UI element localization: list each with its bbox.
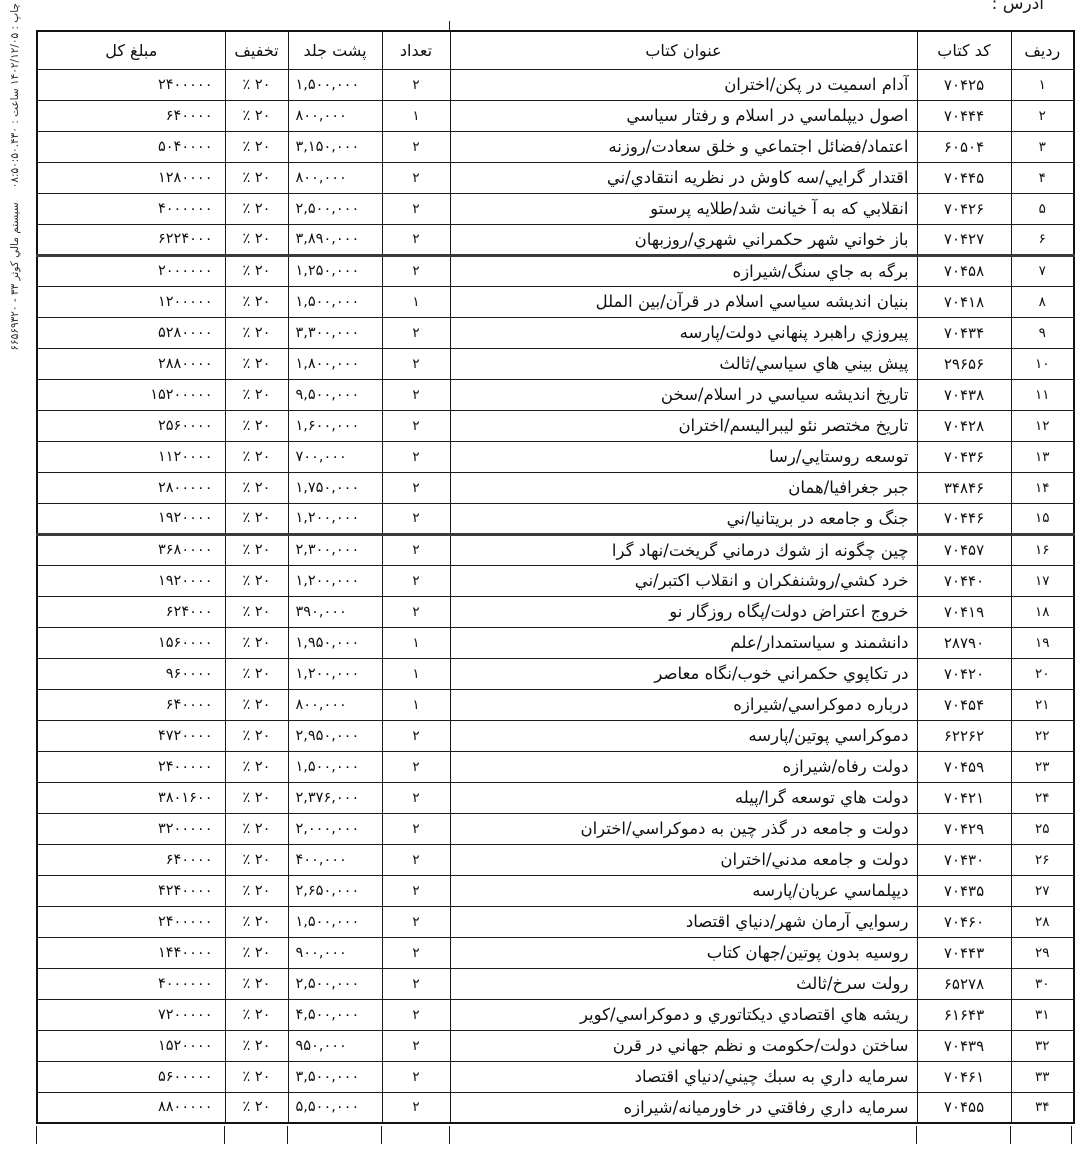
cover-price-cell: ۳۹۰,۰۰۰: [288, 596, 382, 627]
cover-price-cell: ۲,۶۵۰,۰۰۰: [288, 875, 382, 906]
book-code-cell: ۶۰۵۰۴: [917, 131, 1011, 162]
quantity-cell: ۲: [382, 906, 450, 937]
cover-price-cell: ۲,۳۰۰,۰۰۰: [288, 534, 382, 565]
book-title-cell: دانشمند و سياستمدار/علم: [450, 627, 917, 658]
table-row: ۲۷ ۷۰۴۳۵ ديپلماسي عريان/پارسه ۲ ۲,۶۵۰,۰۰…: [37, 875, 1074, 906]
book-code-cell: ۷۰۴۵۹: [917, 751, 1011, 782]
table-row: ۳۱ ۶۱۶۴۳ ريشه هاي اقتصادي ديكتاتوري و دم…: [37, 999, 1074, 1030]
table-row: ۶ ۷۰۴۲۷ باز خواني شهر حكمراني شهري/روزبه…: [37, 224, 1074, 255]
book-title-cell: تاريخ مختصر نئو ليبراليسم/اختران: [450, 410, 917, 441]
row-number-cell: ۳۳: [1011, 1061, 1074, 1092]
quantity-cell: ۲: [382, 782, 450, 813]
table-column-stub: [916, 1126, 917, 1144]
quantity-cell: ۲: [382, 937, 450, 968]
book-title-cell: رولت سرخ/ثالث: [450, 968, 917, 999]
discount-cell: ٪ ۲۰: [225, 286, 288, 317]
discount-cell: ٪ ۲۰: [225, 503, 288, 534]
quantity-cell: ۲: [382, 968, 450, 999]
total-amount-cell: ۲۸۸۰۰۰۰: [37, 348, 225, 379]
book-code-cell: ۲۹۶۵۶: [917, 348, 1011, 379]
quantity-cell: ۲: [382, 1092, 450, 1123]
quantity-cell: ۲: [382, 844, 450, 875]
cover-price-cell: ۱,۵۰۰,۰۰۰: [288, 906, 382, 937]
row-number-cell: ۲: [1011, 100, 1074, 131]
book-code-cell: ۷۰۴۳۰: [917, 844, 1011, 875]
print-datetime: چاپ : ۱۴۰۲/۱۲/۰۵ ساعت : ۰۸:۵۰:۵۰.۴۳۰: [9, 3, 25, 188]
book-title-cell: پيروزي راهبرد پنهاني دولت/پارسه: [450, 317, 917, 348]
total-amount-cell: ۶۲۴۰۰۰: [37, 596, 225, 627]
discount-cell: ٪ ۲۰: [225, 379, 288, 410]
quantity-cell: ۲: [382, 317, 450, 348]
discount-cell: ٪ ۲۰: [225, 441, 288, 472]
book-title-cell: برگه به جاي سنگ/شيرازه: [450, 255, 917, 286]
book-title-cell: دولت و جامعه مدني/اختران: [450, 844, 917, 875]
cover-price-cell: ۱,۸۰۰,۰۰۰: [288, 348, 382, 379]
row-number-cell: ۱۴: [1011, 472, 1074, 503]
book-title-cell: دولت هاي توسعه گرا/پيله: [450, 782, 917, 813]
row-number-cell: ۲۷: [1011, 875, 1074, 906]
row-number-cell: ۲۰: [1011, 658, 1074, 689]
cover-price-cell: ۱,۷۵۰,۰۰۰: [288, 472, 382, 503]
discount-cell: ٪ ۲۰: [225, 534, 288, 565]
discount-cell: ٪ ۲۰: [225, 844, 288, 875]
row-number-cell: ۳۱: [1011, 999, 1074, 1030]
cover-price-cell: ۲,۵۰۰,۰۰۰: [288, 193, 382, 224]
cover-price-cell: ۷۰۰,۰۰۰: [288, 441, 382, 472]
discount-cell: ٪ ۲۰: [225, 999, 288, 1030]
quantity-cell: ۱: [382, 658, 450, 689]
discount-cell: ٪ ۲۰: [225, 751, 288, 782]
total-amount-cell: ۱۹۲۰۰۰۰: [37, 503, 225, 534]
row-number-cell: ۱۳: [1011, 441, 1074, 472]
discount-cell: ٪ ۲۰: [225, 627, 288, 658]
table-row: ۱۳ ۷۰۴۳۶ توسعه روستايي/رسا ۲ ۷۰۰,۰۰۰ ٪ ۲…: [37, 441, 1074, 472]
total-amount-cell: ۶۴۰۰۰۰: [37, 844, 225, 875]
col-header-book-code: كد كتاب: [917, 31, 1011, 69]
book-title-cell: سرمايه داري به سبك چيني/دنياي اقتصاد: [450, 1061, 917, 1092]
book-code-cell: ۷۰۴۱۸: [917, 286, 1011, 317]
table-row: ۱۶ ۷۰۴۵۷ چين چگونه از شوك درماني گريخت/ن…: [37, 534, 1074, 565]
total-amount-cell: ۱۴۴۰۰۰۰: [37, 937, 225, 968]
quantity-cell: ۲: [382, 193, 450, 224]
cover-price-cell: ۱,۵۰۰,۰۰۰: [288, 69, 382, 100]
row-number-cell: ۲۳: [1011, 751, 1074, 782]
quantity-cell: ۲: [382, 441, 450, 472]
book-code-cell: ۷۰۴۵۷: [917, 534, 1011, 565]
discount-cell: ٪ ۲۰: [225, 782, 288, 813]
discount-cell: ٪ ۲۰: [225, 131, 288, 162]
discount-cell: ٪ ۲۰: [225, 813, 288, 844]
cover-price-cell: ۸۰۰,۰۰۰: [288, 162, 382, 193]
cover-price-cell: ۱,۹۵۰,۰۰۰: [288, 627, 382, 658]
book-code-cell: ۷۰۴۱۹: [917, 596, 1011, 627]
book-title-cell: انقلابي كه به آ خيانت شد/طلايه پرستو: [450, 193, 917, 224]
total-amount-cell: ۱۲۸۰۰۰۰: [37, 162, 225, 193]
book-code-cell: ۷۰۴۵۵: [917, 1092, 1011, 1123]
table-row: ۸ ۷۰۴۱۸ بنيان انديشه سياسي اسلام در قرآن…: [37, 286, 1074, 317]
table-row: ۱۸ ۷۰۴۱۹ خروج اعتراض دولت/پگاه روزگار نو…: [37, 596, 1074, 627]
book-code-cell: ۷۰۴۳۶: [917, 441, 1011, 472]
discount-cell: ٪ ۲۰: [225, 100, 288, 131]
discount-cell: ٪ ۲۰: [225, 317, 288, 348]
total-amount-cell: ۱۲۰۰۰۰۰: [37, 286, 225, 317]
book-title-cell: ريشه هاي اقتصادي ديكتاتوري و دموكراسي/كو…: [450, 999, 917, 1030]
quantity-cell: ۱: [382, 689, 450, 720]
discount-cell: ٪ ۲۰: [225, 937, 288, 968]
book-title-cell: اصول ديپلماسي در اسلام و رفتار سياسي: [450, 100, 917, 131]
discount-cell: ٪ ۲۰: [225, 162, 288, 193]
total-amount-cell: ۲۰۰۰۰۰۰: [37, 255, 225, 286]
book-title-cell: درباره دموكراسي/شيرازه: [450, 689, 917, 720]
book-title-cell: دولت و جامعه در گذر چين به دموكراسي/اختر…: [450, 813, 917, 844]
discount-cell: ٪ ۲۰: [225, 348, 288, 379]
row-number-cell: ۲۹: [1011, 937, 1074, 968]
book-title-cell: دموكراسي پوتين/پارسه: [450, 720, 917, 751]
quantity-cell: ۲: [382, 565, 450, 596]
row-number-cell: ۲۵: [1011, 813, 1074, 844]
discount-cell: ٪ ۲۰: [225, 875, 288, 906]
table-row: ۳۳ ۷۰۴۶۱ سرمايه داري به سبك چيني/دنياي ا…: [37, 1061, 1074, 1092]
row-number-cell: ۳۴: [1011, 1092, 1074, 1123]
table-row: ۳۰ ۶۵۲۷۸ رولت سرخ/ثالث ۲ ۲,۵۰۰,۰۰۰ ٪ ۲۰ …: [37, 968, 1074, 999]
row-number-cell: ۲۶: [1011, 844, 1074, 875]
cover-price-cell: ۱,۶۰۰,۰۰۰: [288, 410, 382, 441]
row-number-cell: ۲۱: [1011, 689, 1074, 720]
discount-cell: ٪ ۲۰: [225, 472, 288, 503]
row-number-cell: ۵: [1011, 193, 1074, 224]
table-column-stub: [1010, 1126, 1011, 1144]
table-column-stub: [224, 1126, 225, 1144]
total-amount-cell: ۳۸۰۱۶۰۰: [37, 782, 225, 813]
quantity-cell: ۱: [382, 627, 450, 658]
quantity-cell: ۲: [382, 410, 450, 441]
table-row: ۱ ۷۰۴۲۵ آدام اسميت در پكن/اختران ۲ ۱,۵۰۰…: [37, 69, 1074, 100]
table-row: ۹ ۷۰۴۳۴ پيروزي راهبرد پنهاني دولت/پارسه …: [37, 317, 1074, 348]
side-print-info: چاپ : ۱۴۰۲/۱۲/۰۵ ساعت : ۰۸:۵۰:۵۰.۴۳۰ سيس…: [9, 3, 25, 337]
cover-price-cell: ۸۰۰,۰۰۰: [288, 689, 382, 720]
book-code-cell: ۶۲۲۶۲: [917, 720, 1011, 751]
total-amount-cell: ۳۶۸۰۰۰۰: [37, 534, 225, 565]
quantity-cell: ۲: [382, 596, 450, 627]
quantity-cell: ۱: [382, 286, 450, 317]
row-number-cell: ۴: [1011, 162, 1074, 193]
table-row: ۲۹ ۷۰۴۴۳ روسيه بدون پوتين/جهان كتاب ۲ ۹۰…: [37, 937, 1074, 968]
row-number-cell: ۹: [1011, 317, 1074, 348]
total-amount-cell: ۶۲۲۴۰۰۰: [37, 224, 225, 255]
cover-price-cell: ۹,۵۰۰,۰۰۰: [288, 379, 382, 410]
col-header-quantity: تعداد: [382, 31, 450, 69]
discount-cell: ٪ ۲۰: [225, 255, 288, 286]
book-title-cell: اعتماد/فضائل اجتماعي و خلق سعادت/روزنه: [450, 131, 917, 162]
table-row: ۲۰ ۷۰۴۲۰ در تكاپوي حكمراني خوب/نگاه معاص…: [37, 658, 1074, 689]
total-amount-cell: ۱۵۲۰۰۰۰: [37, 1030, 225, 1061]
table-row: ۱۱ ۷۰۴۳۸ تاريخ انديشه سياسي در اسلام/سخن…: [37, 379, 1074, 410]
discount-cell: ٪ ۲۰: [225, 565, 288, 596]
total-amount-cell: ۶۴۰۰۰۰: [37, 100, 225, 131]
books-table: رديف كد كتاب عنوان كتاب تعداد پشت جلد تخ…: [36, 30, 1075, 1124]
table-row: ۲ ۷۰۴۴۴ اصول ديپلماسي در اسلام و رفتار س…: [37, 100, 1074, 131]
cover-price-cell: ۲,۵۰۰,۰۰۰: [288, 968, 382, 999]
table-row: ۱۹ ۲۸۷۹۰ دانشمند و سياستمدار/علم ۱ ۱,۹۵۰…: [37, 627, 1074, 658]
total-amount-cell: ۲۴۰۰۰۰۰: [37, 751, 225, 782]
total-amount-cell: ۱۵۶۰۰۰۰: [37, 627, 225, 658]
table-row: ۱۵ ۷۰۴۴۶ جنگ و جامعه در بريتانيا/ني ۲ ۱,…: [37, 503, 1074, 534]
cover-price-cell: ۱,۲۰۰,۰۰۰: [288, 503, 382, 534]
col-header-total-amount: مبلغ كل: [37, 31, 225, 69]
quantity-cell: ۲: [382, 751, 450, 782]
table-column-stub: [449, 1126, 450, 1144]
quantity-cell: ۲: [382, 472, 450, 503]
cover-price-cell: ۸۰۰,۰۰۰: [288, 100, 382, 131]
row-number-cell: ۲۸: [1011, 906, 1074, 937]
total-amount-cell: ۴۲۴۰۰۰۰: [37, 875, 225, 906]
table-row: ۵ ۷۰۴۲۶ انقلابي كه به آ خيانت شد/طلايه پ…: [37, 193, 1074, 224]
table-row: ۱۰ ۲۹۶۵۶ پيش بيني هاي سياسي/ثالث ۲ ۱,۸۰۰…: [37, 348, 1074, 379]
book-title-cell: توسعه روستايي/رسا: [450, 441, 917, 472]
quantity-cell: ۲: [382, 379, 450, 410]
discount-cell: ٪ ۲۰: [225, 968, 288, 999]
cover-price-cell: ۳,۳۰۰,۰۰۰: [288, 317, 382, 348]
book-code-cell: ۷۰۴۲۶: [917, 193, 1011, 224]
row-number-cell: ۳۰: [1011, 968, 1074, 999]
row-number-cell: ۱: [1011, 69, 1074, 100]
quantity-cell: ۲: [382, 69, 450, 100]
book-title-cell: سرمايه داري رفاقتي در خاورميانه/شيرازه: [450, 1092, 917, 1123]
cover-price-cell: ۹۰۰,۰۰۰: [288, 937, 382, 968]
book-title-cell: اقتدار گرايي/سه كاوش در نظريه انتقادي/ني: [450, 162, 917, 193]
book-title-cell: آدام اسميت در پكن/اختران: [450, 69, 917, 100]
table-column-stub: [1071, 1126, 1072, 1144]
cover-price-cell: ۱,۲۵۰,۰۰۰: [288, 255, 382, 286]
cover-price-cell: ۹۵۰,۰۰۰: [288, 1030, 382, 1061]
book-title-cell: ديپلماسي عريان/پارسه: [450, 875, 917, 906]
book-code-cell: ۷۰۴۵۴: [917, 689, 1011, 720]
quantity-cell: ۲: [382, 131, 450, 162]
table-row: ۱۴ ۳۴۸۴۶ جبر جغرافيا/همان ۲ ۱,۷۵۰,۰۰۰ ٪ …: [37, 472, 1074, 503]
total-amount-cell: ۱۱۲۰۰۰۰: [37, 441, 225, 472]
table-row: ۲۶ ۷۰۴۳۰ دولت و جامعه مدني/اختران ۲ ۴۰۰,…: [37, 844, 1074, 875]
total-amount-cell: ۴۰۰۰۰۰۰: [37, 193, 225, 224]
discount-cell: ٪ ۲۰: [225, 193, 288, 224]
table-row: ۱۷ ۷۰۴۴۰ خرد كشي/روشنفكران و انقلاب اكتب…: [37, 565, 1074, 596]
quantity-cell: ۱: [382, 100, 450, 131]
table-column-stub: [287, 1126, 288, 1144]
discount-cell: ٪ ۲۰: [225, 658, 288, 689]
quantity-cell: ۲: [382, 348, 450, 379]
row-number-cell: ۱۹: [1011, 627, 1074, 658]
table-row: ۴ ۷۰۴۴۵ اقتدار گرايي/سه كاوش در نظريه ان…: [37, 162, 1074, 193]
cover-price-cell: ۳,۱۵۰,۰۰۰: [288, 131, 382, 162]
table-row: ۲۵ ۷۰۴۲۹ دولت و جامعه در گذر چين به دموك…: [37, 813, 1074, 844]
table-row: ۳ ۶۰۵۰۴ اعتماد/فضائل اجتماعي و خلق سعادت…: [37, 131, 1074, 162]
discount-cell: ٪ ۲۰: [225, 1061, 288, 1092]
col-header-discount: تخفيف: [225, 31, 288, 69]
total-amount-cell: ۴۰۰۰۰۰۰: [37, 968, 225, 999]
quantity-cell: ۲: [382, 999, 450, 1030]
table-row: ۱۲ ۷۰۴۲۸ تاريخ مختصر نئو ليبراليسم/اخترا…: [37, 410, 1074, 441]
quantity-cell: ۲: [382, 162, 450, 193]
table-row: ۳۴ ۷۰۴۵۵ سرمايه داري رفاقتي در خاورميانه…: [37, 1092, 1074, 1123]
book-title-cell: خروج اعتراض دولت/پگاه روزگار نو: [450, 596, 917, 627]
book-code-cell: ۷۰۴۳۴: [917, 317, 1011, 348]
cover-price-cell: ۵,۵۰۰,۰۰۰: [288, 1092, 382, 1123]
cover-price-cell: ۲,۰۰۰,۰۰۰: [288, 813, 382, 844]
book-title-cell: روسيه بدون پوتين/جهان كتاب: [450, 937, 917, 968]
book-code-cell: ۷۰۴۳۵: [917, 875, 1011, 906]
discount-cell: ٪ ۲۰: [225, 906, 288, 937]
row-number-cell: ۱۶: [1011, 534, 1074, 565]
row-number-cell: ۳: [1011, 131, 1074, 162]
total-amount-cell: ۳۲۰۰۰۰۰: [37, 813, 225, 844]
book-code-cell: ۷۰۴۲۹: [917, 813, 1011, 844]
cover-price-cell: ۱,۲۰۰,۰۰۰: [288, 565, 382, 596]
cover-price-cell: ۲,۹۵۰,۰۰۰: [288, 720, 382, 751]
table-column-tick: [449, 21, 450, 30]
total-amount-cell: ۵۰۴۰۰۰۰: [37, 131, 225, 162]
quantity-cell: ۲: [382, 503, 450, 534]
total-amount-cell: ۲۴۰۰۰۰۰: [37, 69, 225, 100]
discount-cell: ٪ ۲۰: [225, 689, 288, 720]
row-number-cell: ۱۵: [1011, 503, 1074, 534]
total-amount-cell: ۴۷۲۰۰۰۰: [37, 720, 225, 751]
discount-cell: ٪ ۲۰: [225, 224, 288, 255]
book-code-cell: ۷۰۴۵۸: [917, 255, 1011, 286]
quantity-cell: ۲: [382, 224, 450, 255]
total-amount-cell: ۸۸۰۰۰۰۰: [37, 1092, 225, 1123]
quantity-cell: ۲: [382, 875, 450, 906]
book-code-cell: ۷۰۴۳۹: [917, 1030, 1011, 1061]
cover-price-cell: ۳,۸۹۰,۰۰۰: [288, 224, 382, 255]
cover-price-cell: ۲,۳۷۶,۰۰۰: [288, 782, 382, 813]
cover-price-cell: ۴۰۰,۰۰۰: [288, 844, 382, 875]
total-amount-cell: ۱۹۲۰۰۰۰: [37, 565, 225, 596]
row-number-cell: ۱۱: [1011, 379, 1074, 410]
book-title-cell: ساختن دولت/حكومت و نظم جهاني در قرن: [450, 1030, 917, 1061]
book-code-cell: ۷۰۴۴۵: [917, 162, 1011, 193]
row-number-cell: ۱۷: [1011, 565, 1074, 596]
col-header-row-number: رديف: [1011, 31, 1074, 69]
discount-cell: ٪ ۲۰: [225, 596, 288, 627]
book-code-cell: ۷۰۴۲۰: [917, 658, 1011, 689]
book-code-cell: ۶۱۶۴۳: [917, 999, 1011, 1030]
book-title-cell: پيش بيني هاي سياسي/ثالث: [450, 348, 917, 379]
book-title-cell: دولت رفاه/شيرازه: [450, 751, 917, 782]
book-title-cell: رسوايي آرمان شهر/دنياي اقتصاد: [450, 906, 917, 937]
table-row: ۳۲ ۷۰۴۳۹ ساختن دولت/حكومت و نظم جهاني در…: [37, 1030, 1074, 1061]
table-body: ۱ ۷۰۴۲۵ آدام اسميت در پكن/اختران ۲ ۱,۵۰۰…: [37, 69, 1074, 1123]
book-code-cell: ۷۰۴۲۵: [917, 69, 1011, 100]
book-code-cell: ۷۰۴۲۱: [917, 782, 1011, 813]
total-amount-cell: ۹۶۰۰۰۰: [37, 658, 225, 689]
quantity-cell: ۲: [382, 534, 450, 565]
row-number-cell: ۲۴: [1011, 782, 1074, 813]
row-number-cell: ۲۲: [1011, 720, 1074, 751]
row-number-cell: ۸: [1011, 286, 1074, 317]
table-row: ۲۴ ۷۰۴۲۱ دولت هاي توسعه گرا/پيله ۲ ۲,۳۷۶…: [37, 782, 1074, 813]
book-code-cell: ۷۰۴۴۴: [917, 100, 1011, 131]
cover-price-cell: ۱,۲۰۰,۰۰۰: [288, 658, 382, 689]
book-code-cell: ۶۵۲۷۸: [917, 968, 1011, 999]
book-code-cell: ۷۰۴۴۶: [917, 503, 1011, 534]
col-header-book-title: عنوان كتاب: [450, 31, 917, 69]
quantity-cell: ۲: [382, 255, 450, 286]
total-amount-cell: ۷۲۰۰۰۰۰: [37, 999, 225, 1030]
row-number-cell: ۱۸: [1011, 596, 1074, 627]
row-number-cell: ۶: [1011, 224, 1074, 255]
book-code-cell: ۳۴۸۴۶: [917, 472, 1011, 503]
quantity-cell: ۲: [382, 720, 450, 751]
total-amount-cell: ۵۶۰۰۰۰۰: [37, 1061, 225, 1092]
table-column-stub: [36, 1126, 37, 1144]
book-code-cell: ۷۰۴۴۰: [917, 565, 1011, 596]
print-system-name: سيستم مالي كوثر ۳۳ - ۶۶۵۶۹۳۲۰: [9, 202, 25, 350]
table-header-row: رديف كد كتاب عنوان كتاب تعداد پشت جلد تخ…: [37, 31, 1074, 69]
book-title-cell: باز خواني شهر حكمراني شهري/روزبهان: [450, 224, 917, 255]
discount-cell: ٪ ۲۰: [225, 720, 288, 751]
book-code-cell: ۷۰۴۲۸: [917, 410, 1011, 441]
discount-cell: ٪ ۲۰: [225, 1030, 288, 1061]
total-amount-cell: ۵۲۸۰۰۰۰: [37, 317, 225, 348]
table-row: ۲۲ ۶۲۲۶۲ دموكراسي پوتين/پارسه ۲ ۲,۹۵۰,۰۰…: [37, 720, 1074, 751]
book-title-cell: بنيان انديشه سياسي اسلام در قرآن/بين الم…: [450, 286, 917, 317]
row-number-cell: ۳۲: [1011, 1030, 1074, 1061]
cover-price-cell: ۴,۵۰۰,۰۰۰: [288, 999, 382, 1030]
book-code-cell: ۷۰۴۳۸: [917, 379, 1011, 410]
quantity-cell: ۲: [382, 813, 450, 844]
discount-cell: ٪ ۲۰: [225, 69, 288, 100]
address-label: آدرس :: [992, 0, 1044, 14]
total-amount-cell: ۲۵۶۰۰۰۰: [37, 410, 225, 441]
total-amount-cell: ۱۵۲۰۰۰۰۰: [37, 379, 225, 410]
discount-cell: ٪ ۲۰: [225, 1092, 288, 1123]
book-title-cell: خرد كشي/روشنفكران و انقلاب اكتبر/ني: [450, 565, 917, 596]
book-title-cell: جنگ و جامعه در بريتانيا/ني: [450, 503, 917, 534]
table-row: ۲۱ ۷۰۴۵۴ درباره دموكراسي/شيرازه ۱ ۸۰۰,۰۰…: [37, 689, 1074, 720]
book-code-cell: ۷۰۴۶۱: [917, 1061, 1011, 1092]
total-amount-cell: ۲۸۰۰۰۰۰: [37, 472, 225, 503]
row-number-cell: ۱۰: [1011, 348, 1074, 379]
row-number-cell: ۷: [1011, 255, 1074, 286]
total-amount-cell: ۲۴۰۰۰۰۰: [37, 906, 225, 937]
total-amount-cell: ۶۴۰۰۰۰: [37, 689, 225, 720]
book-title-cell: در تكاپوي حكمراني خوب/نگاه معاصر: [450, 658, 917, 689]
book-title-cell: تاريخ انديشه سياسي در اسلام/سخن: [450, 379, 917, 410]
book-code-cell: ۷۰۴۶۰: [917, 906, 1011, 937]
quantity-cell: ۲: [382, 1061, 450, 1092]
book-code-cell: ۷۰۴۴۳: [917, 937, 1011, 968]
book-code-cell: ۷۰۴۲۷: [917, 224, 1011, 255]
cover-price-cell: ۱,۵۰۰,۰۰۰: [288, 751, 382, 782]
discount-cell: ٪ ۲۰: [225, 410, 288, 441]
book-title-cell: چين چگونه از شوك درماني گريخت/نهاد گرا: [450, 534, 917, 565]
table-row: ۷ ۷۰۴۵۸ برگه به جاي سنگ/شيرازه ۲ ۱,۲۵۰,۰…: [37, 255, 1074, 286]
table-column-stub: [381, 1126, 382, 1144]
book-title-cell: جبر جغرافيا/همان: [450, 472, 917, 503]
col-header-cover-price: پشت جلد: [288, 31, 382, 69]
quantity-cell: ۲: [382, 1030, 450, 1061]
book-code-cell: ۲۸۷۹۰: [917, 627, 1011, 658]
table-row: ۲۳ ۷۰۴۵۹ دولت رفاه/شيرازه ۲ ۱,۵۰۰,۰۰۰ ٪ …: [37, 751, 1074, 782]
row-number-cell: ۱۲: [1011, 410, 1074, 441]
cover-price-cell: ۳,۵۰۰,۰۰۰: [288, 1061, 382, 1092]
cover-price-cell: ۱,۵۰۰,۰۰۰: [288, 286, 382, 317]
table-row: ۲۸ ۷۰۴۶۰ رسوايي آرمان شهر/دنياي اقتصاد ۲…: [37, 906, 1074, 937]
